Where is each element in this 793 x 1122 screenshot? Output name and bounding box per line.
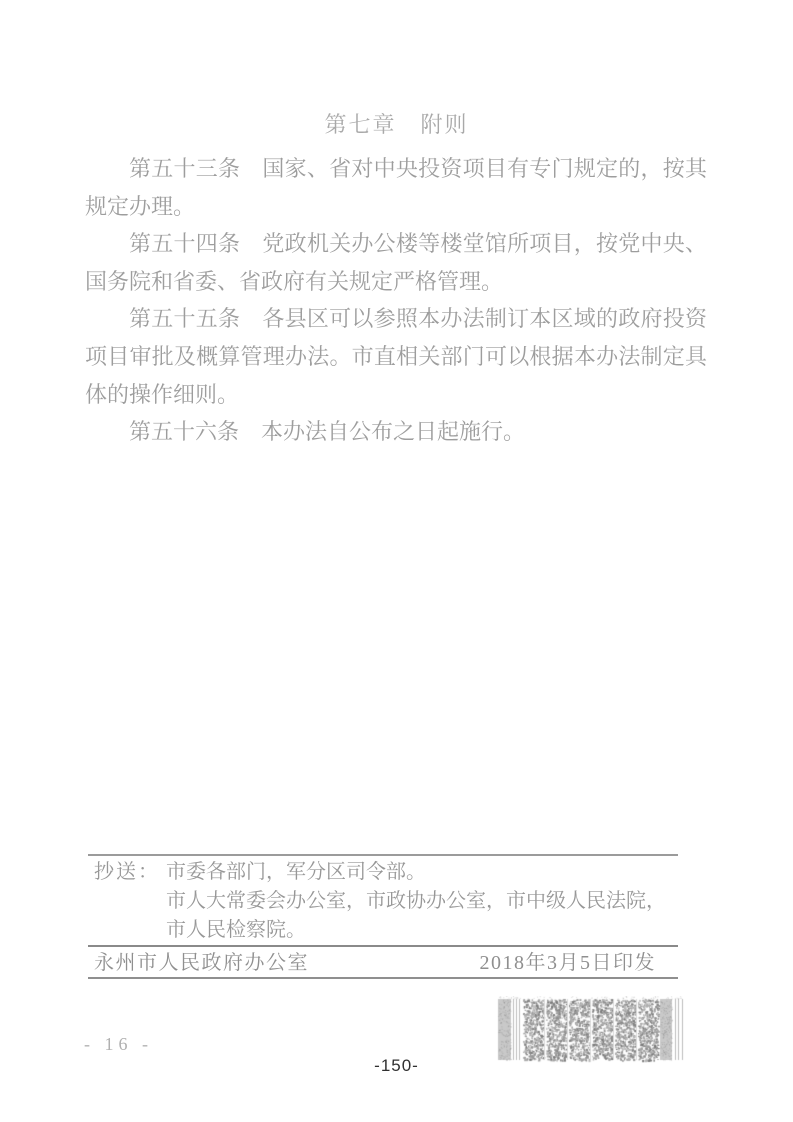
collection-page-number: -150- (0, 1056, 793, 1076)
article-55: 第五十五条 各县区可以参照本办法制订本区域的政府投资项目审批及概算管理办法。市直… (85, 300, 707, 413)
issuer-row: 永州市人民政府办公室 2018年3月5日印发 (94, 949, 656, 977)
issuing-office: 永州市人民政府办公室 (94, 949, 309, 977)
article-53: 第五十三条 国家、省对中央投资项目有专门规定的，按其规定办理。 (85, 150, 707, 225)
cc-label: 抄送： (94, 858, 166, 945)
document-page: 第七章 附则 第五十三条 国家、省对中央投资项目有专门规定的，按其规定办理。 第… (0, 0, 793, 1122)
cc-lines: 市委各部门，军分区司令部。 市人大常委会办公室，市政协办公室，市中级人民法院， … (166, 858, 678, 945)
chapter-title: 第七章 附则 (0, 110, 793, 140)
cc-line: 市委各部门，军分区司令部。 (166, 858, 678, 887)
cc-line: 市人民检察院。 (166, 916, 678, 945)
scan-noise-barcode (496, 996, 686, 1063)
footer-top-rule (88, 854, 678, 856)
document-page-number: - 16 - (84, 1034, 153, 1055)
article-54: 第五十四条 党政机关办公楼等楼堂馆所项目，按党中央、国务院和省委、省政府有关规定… (85, 225, 707, 300)
cc-block: 抄送： 市委各部门，军分区司令部。 市人大常委会办公室，市政协办公室，市中级人民… (94, 858, 678, 945)
article-56: 第五十六条 本办法自公布之日起施行。 (85, 413, 707, 451)
issuer-bottom-rule (88, 977, 678, 979)
cc-line: 市人大常委会办公室，市政协办公室，市中级人民法院， (166, 887, 678, 916)
scanned-document-page: { "doc": { "chapter_title": "第七章 附则", "a… (0, 0, 793, 1122)
issuer-top-rule (88, 945, 678, 947)
print-date: 2018年3月5日印发 (480, 949, 657, 977)
article-block: 第五十三条 国家、省对中央投资项目有专门规定的，按其规定办理。 第五十四条 党政… (85, 150, 707, 451)
